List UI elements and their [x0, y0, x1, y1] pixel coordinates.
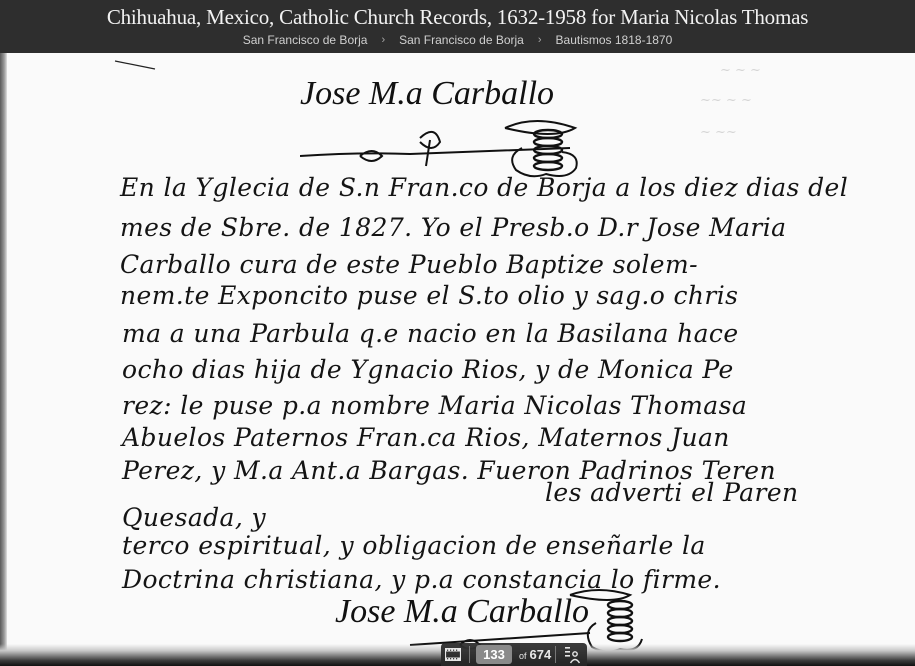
- bleed-through-text: ~~ ~ ~: [700, 93, 752, 108]
- record-text-line: En la Yglecia de S.n Fran.co de Borja a …: [120, 173, 848, 202]
- record-header: Chihuahua, Mexico, Catholic Church Recor…: [0, 0, 915, 53]
- record-text-line: terco espiritual, y obligacion de enseña…: [122, 531, 706, 560]
- page-title: Chihuahua, Mexico, Catholic Church Recor…: [107, 6, 808, 28]
- person-list-icon: [564, 646, 580, 664]
- breadcrumb-item-locality[interactable]: San Francisco de Borja: [243, 33, 368, 47]
- page-count: of674: [519, 647, 551, 662]
- page-number-input[interactable]: [476, 645, 512, 664]
- record-text-line: ocho dias hija de Ygnacio Rios, y de Mon…: [122, 355, 734, 384]
- record-text-line: les adverti el Paren: [545, 478, 799, 507]
- record-text-line: mes de Sbre. de 1827. Yo el Presb.o D.r …: [120, 213, 786, 242]
- breadcrumb-item-parish[interactable]: San Francisco de Borja: [399, 33, 524, 47]
- chevron-right-icon: ›: [381, 34, 385, 46]
- page-edge-shadow: [0, 53, 7, 666]
- image-navigation-toolbar: of674: [441, 643, 587, 666]
- bleed-through-text: ~ ~ ~: [720, 63, 761, 78]
- total-pages: 674: [530, 647, 552, 662]
- signature-rubric: [300, 108, 620, 178]
- pen-stroke-decoration: [110, 53, 290, 83]
- bleed-through-text: ~ ~~: [700, 125, 737, 140]
- of-label: of: [519, 651, 527, 661]
- record-text-line: Carballo cura de este Pueblo Baptize sol…: [120, 250, 698, 279]
- record-text-line: Quesada, y: [122, 503, 266, 532]
- document-image-viewer[interactable]: ~ ~ ~ ~~ ~ ~ ~ ~~ Jose M.a Carballo En l…: [0, 53, 915, 666]
- record-text-line: Abuelos Paternos Fran.ca Rios, Maternos …: [122, 423, 730, 452]
- record-text-line: nem.te Exponcito puse el S.to olio y sag…: [120, 281, 738, 310]
- toolbar-divider: [555, 646, 556, 663]
- toolbar-divider: [469, 646, 470, 663]
- record-text-line: ma a una Parbula q.e nacio en la Basilan…: [122, 319, 739, 348]
- filmstrip-button[interactable]: [441, 643, 465, 666]
- filmstrip-icon: [445, 648, 461, 661]
- record-text-line: rez: le puse p.a nombre Maria Nicolas Th…: [122, 391, 747, 420]
- chevron-right-icon: ›: [538, 34, 542, 46]
- breadcrumb-item-volume[interactable]: Bautismos 1818-1870: [556, 33, 673, 47]
- breadcrumb: San Francisco de Borja › San Francisco d…: [243, 33, 673, 47]
- index-people-button[interactable]: [560, 643, 584, 666]
